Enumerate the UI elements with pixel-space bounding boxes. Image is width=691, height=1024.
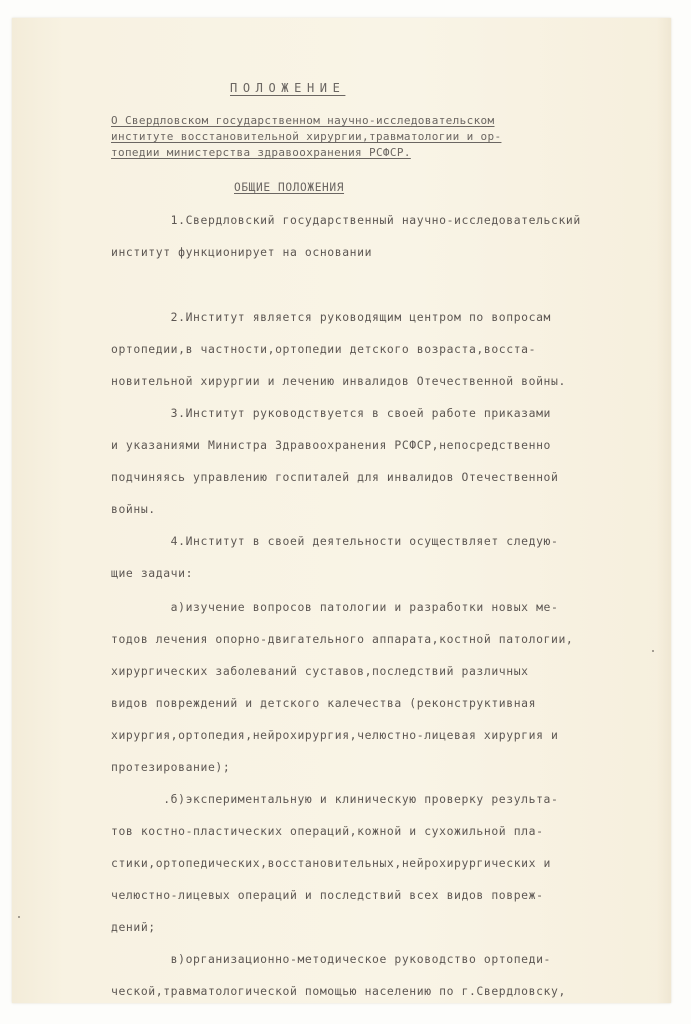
body-line: подчиняясь управлению госпиталей для инв… bbox=[111, 472, 558, 483]
body-line: челюстно-лицевых операций и последствий … bbox=[111, 890, 544, 901]
body-line: а)изучение вопросов патологии и разработ… bbox=[111, 602, 558, 613]
body-line: щие задачи: bbox=[111, 568, 193, 579]
body-line: в)организационно-методическое руководств… bbox=[111, 954, 551, 965]
body-line: 4.Институт в своей деятельности осуществ… bbox=[111, 536, 558, 547]
paper-speck bbox=[18, 916, 20, 918]
section-heading: ОБЩИЕ ПОЛОЖЕНИЯ bbox=[234, 182, 344, 193]
body-line: 2.Институт является руководящим центром … bbox=[111, 312, 551, 323]
body-line: стики,ортопедических,восстановительных,н… bbox=[111, 858, 551, 869]
paper-speck bbox=[652, 650, 654, 652]
document-subtitle-line-2: институте восстановительной хирургии,тра… bbox=[111, 131, 501, 142]
document-page: ПОЛОЖЕНИЕ О Свердловском государственном… bbox=[12, 18, 671, 1003]
body-line: тодов лечения опорно-двигательного аппар… bbox=[111, 634, 573, 645]
document-subtitle-line-3: топедии министерства здравоохранения РСФ… bbox=[111, 147, 411, 158]
body-line: хирургия,ортопедия,нейрохирургия,челюстн… bbox=[111, 730, 558, 741]
body-line: ческой,травматологической помощью населе… bbox=[111, 986, 566, 997]
body-line: и указаниями Министра Здравоохранения РС… bbox=[111, 440, 551, 451]
body-line: протезирование); bbox=[111, 762, 230, 773]
document-title: ПОЛОЖЕНИЕ bbox=[230, 82, 345, 94]
body-line: ортопедии,в частности,ортопедии детского… bbox=[111, 344, 536, 355]
body-line: институт функционирует на основании bbox=[111, 247, 372, 258]
body-line: войны. bbox=[111, 504, 156, 515]
body-line: тов костно-пластических операций,кожной … bbox=[111, 826, 544, 837]
body-line: 1.Свердловский государственный научно-ис… bbox=[111, 215, 581, 226]
body-line: новительной хирургии и лечению инвалидов… bbox=[111, 376, 566, 387]
body-line: .б)экспериментальную и клиническую прове… bbox=[111, 794, 558, 805]
document-subtitle-line-1: О Свердловском государственном научно-ис… bbox=[111, 115, 495, 126]
body-line: хирургических заболеваний суставов,после… bbox=[111, 666, 529, 677]
body-line: 3.Институт руководствуется в своей работ… bbox=[111, 408, 551, 419]
body-line: дений; bbox=[111, 922, 156, 933]
body-line: видов повреждений и детского калечества … bbox=[111, 698, 536, 709]
